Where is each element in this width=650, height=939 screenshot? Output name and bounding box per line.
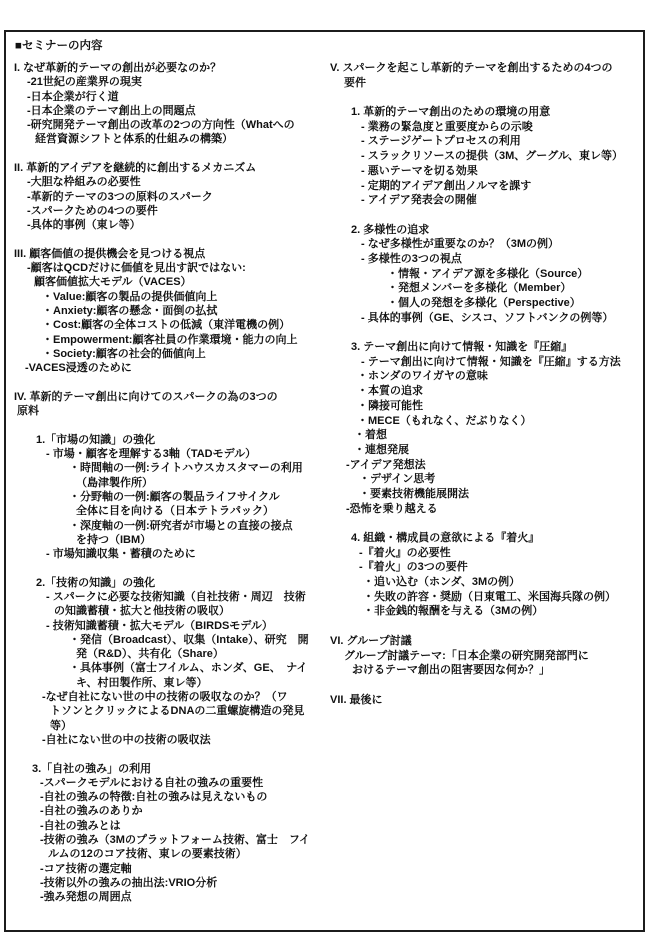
- outline-line: -強み発想の周囲点: [14, 890, 328, 904]
- outline-line: ・要素技術機能展開法: [330, 487, 644, 502]
- outline-line: -自社の強みとは: [14, 819, 328, 833]
- outline-blank-line: [14, 561, 328, 575]
- outline-line: 3. テーマ創出に向けて情報・知識を『圧縮』: [330, 340, 644, 355]
- outline-line: -『着火』の必要性: [330, 546, 644, 561]
- outline-line: ・非金銭的報酬を与える（3Mの例）: [330, 604, 644, 619]
- outline-line: ・隣接可能性: [330, 399, 644, 414]
- outline-line: 等）: [14, 719, 328, 733]
- outline-line: - 業務の緊急度と重要度からの示唆: [330, 120, 644, 135]
- outline-line: -革新的テーマの3つの原料のスパーク: [14, 190, 328, 204]
- outline-blank-line: [330, 678, 644, 693]
- outline-blank-line: [14, 233, 328, 247]
- outline-line: ・深度軸の一例:研究者が市場との直接の接点: [14, 519, 328, 533]
- outline-line: 1. 革新的テーマ創出のための環境の用意: [330, 105, 644, 120]
- outline-blank-line: [14, 147, 328, 161]
- outline-line: - 市場知識収集・蓄積のために: [14, 547, 328, 561]
- outline-line: I. なぜ革新的テーマの創出が必要なのか？: [14, 61, 328, 75]
- outline-line: - テーマ創出に向けて情報・知識を『圧縮』する方法: [330, 355, 644, 370]
- outline-blank-line: [14, 376, 328, 390]
- outline-line: -『着火」の3つの要件: [330, 560, 644, 575]
- outline-line: - 市場・顧客を理解する3軸（TADモデル）: [14, 447, 328, 461]
- outline-line: - ステージゲートプロセスの利用: [330, 134, 644, 149]
- content-column-left: I. なぜ革新的テーマの創出が必要なのか？-21世紀の産業界の現実-日本企業が行…: [14, 61, 328, 905]
- outline-line: -技術以外の強みの抽出法:VRIO分析: [14, 876, 328, 890]
- outline-line: VI. グループ討議: [330, 634, 644, 649]
- outline-line: - スパークに必要な技術知識（自社技術・周辺 技術: [14, 590, 328, 604]
- outline-line: ・ホンダのワイガヤの意味: [330, 369, 644, 384]
- outline-line: トソンとクリックによるDNAの二重螺旋構造の発見: [14, 704, 328, 718]
- outline-line: ・具体事例（富士フイルム、ホンダ、GE、 ナイ: [14, 661, 328, 675]
- outline-line: 3.「自社の強み」の利用: [14, 762, 328, 776]
- outline-blank-line: [330, 90, 644, 105]
- outline-blank-line: [330, 208, 644, 223]
- outline-line: ・発信（Broadcast）、収集（Intake）、研究 開: [14, 633, 328, 647]
- outline-line: おけるテーマ創出の阻害要因な何か？」: [330, 663, 644, 678]
- outline-line: - なぜ多様性が重要なのか？（3Mの例）: [330, 237, 644, 252]
- outline-line: ・Society:顧客の社会的価値向上: [14, 347, 328, 361]
- outline-line: 経営資源シフトと体系的仕組みの構築）: [14, 132, 328, 146]
- outline-line: V. スパークを起こし革新的テーマを創出するための4つの: [330, 61, 644, 76]
- outline-line: ・連想発展: [330, 443, 644, 458]
- outline-line: ・デザイン思考: [330, 472, 644, 487]
- outline-line: 全体に目を向ける（日本テトラパック）: [14, 504, 328, 518]
- outline-line: II. 革新的アイデアを継続的に創出するメカニズム: [14, 161, 328, 175]
- outline-line: ・情報・アイデア源を多様化（Source）: [330, 267, 644, 282]
- outline-line: ・分野軸の一例:顧客の製品ライフサイクル: [14, 490, 328, 504]
- outline-blank-line: [330, 619, 644, 634]
- outline-line: - 具体的事例（GE、シスコ、ソフトバンクの例等）: [330, 311, 644, 326]
- outline-line: -研究開発テーマ創出の改革の2つの方向性（Whatへの: [14, 118, 328, 132]
- outline-line: -恐怖を乗り越える: [330, 502, 644, 517]
- outline-line: -21世紀の産業界の現実: [14, 75, 328, 89]
- page-title: ■セミナーの内容: [15, 37, 102, 53]
- outline-line: -日本企業が行く道: [14, 90, 328, 104]
- outline-line: - 悪いテーマを切る効果: [330, 164, 644, 179]
- outline-line: の知識蓄積・拡大と他技術の吸収）: [14, 604, 328, 618]
- outline-line: ・Empowerment:顧客社員の作業環境・能力の向上: [14, 333, 328, 347]
- outline-line: -顧客はQCDだけに価値を見出す訳ではない:: [14, 261, 328, 275]
- outline-line: IV. 革新的テーマ創出に向けてのスパークの為の3つの: [14, 390, 328, 404]
- outline-line: -自社の強みのありか: [14, 804, 328, 818]
- outline-line: -コア技術の選定軸: [14, 862, 328, 876]
- outline-line: ・Value:顧客の製品の提供価値向上: [14, 290, 328, 304]
- outline-line: ・本質の追求: [330, 384, 644, 399]
- outline-line: ・時間軸の一例:ライトハウスカスタマーの利用: [14, 461, 328, 475]
- outline-line: ・追い込む（ホンダ、3Mの例）: [330, 575, 644, 590]
- outline-line: （島津製作所）: [14, 476, 328, 490]
- outline-line: III. 顧客価値の提供機会を見つける視点: [14, 247, 328, 261]
- outline-blank-line: [330, 516, 644, 531]
- outline-blank-line: [14, 747, 328, 761]
- outline-line: -日本企業のテーマ創出上の問題点: [14, 104, 328, 118]
- outline-line: ルムの12のコア技術、東レの要素技術）: [14, 847, 328, 861]
- outline-line: キ、村田製作所、東レ等）: [14, 676, 328, 690]
- content-column-right: V. スパークを起こし革新的テーマを創出するための4つの要件1. 革新的テーマ創…: [330, 61, 644, 707]
- outline-line: 2. 多様性の追求: [330, 223, 644, 238]
- outline-line: -スパークモデルにおける自社の強みの重要性: [14, 776, 328, 790]
- outline-line: -スパークための4つの要件: [14, 204, 328, 218]
- outline-line: 1.「市場の知識」の強化: [14, 433, 328, 447]
- outline-line: を持つ（IBM）: [14, 533, 328, 547]
- outline-line: -技術の強み（3Mのプラットフォーム技術、富士 フイ: [14, 833, 328, 847]
- outline-line: ・個人の発想を多様化（Perspective）: [330, 296, 644, 311]
- outline-line: -アイデア発想法: [330, 458, 644, 473]
- outline-line: グループ討議テーマ:「日本企業の研究開発部門に: [330, 649, 644, 664]
- outline-line: 発（R&D）、共有化（Share）: [14, 647, 328, 661]
- outline-line: - 技術知識蓄積・拡大モデル（BIRDSモデル）: [14, 619, 328, 633]
- outline-line: ・失敗の許容・奨励（日東電工、米国海兵隊の例）: [330, 590, 644, 605]
- outline-line: -自社の強みの特徴:自社の強みは見えないもの: [14, 790, 328, 804]
- outline-line: VII. 最後に: [330, 693, 644, 708]
- outline-line: - アイデア発表会の開催: [330, 193, 644, 208]
- outline-line: 4. 組織・構成員の意欲による『着火』: [330, 531, 644, 546]
- outline-line: -自社にない世の中の技術の吸収法: [14, 733, 328, 747]
- outline-line: 要件: [330, 76, 644, 91]
- outline-line: ・着想: [330, 428, 644, 443]
- outline-blank-line: [330, 325, 644, 340]
- outline-line: -具体的事例（東レ等）: [14, 218, 328, 232]
- outline-line: - 多様性の3つの視点: [330, 252, 644, 267]
- outline-line: - 定期的アイデア創出ノルマを課す: [330, 179, 644, 194]
- outline-line: 顧客価値拡大モデル（VACES）: [14, 275, 328, 289]
- outline-blank-line: [14, 418, 328, 432]
- outline-line: -VACES浸透のために: [14, 361, 328, 375]
- outline-line: ・発想メンバーを多様化（Member）: [330, 281, 644, 296]
- outline-line: - スラックリソースの提供（3M、グーグル、東レ等）: [330, 149, 644, 164]
- outline-line: ・Anxiety:顧客の懸念・面倒の払拭: [14, 304, 328, 318]
- outline-line: 原料: [14, 404, 328, 418]
- outline-line: ・Cost:顧客の全体コストの低減（東洋電機の例）: [14, 318, 328, 332]
- outline-line: -なぜ自社にない世の中の技術の吸収なのか？（ワ: [14, 690, 328, 704]
- outline-line: -大胆な枠組みの必要性: [14, 175, 328, 189]
- outline-line: 2.「技術の知識」の強化: [14, 576, 328, 590]
- outline-line: ・MECE（もれなく、だぶりなく）: [330, 414, 644, 429]
